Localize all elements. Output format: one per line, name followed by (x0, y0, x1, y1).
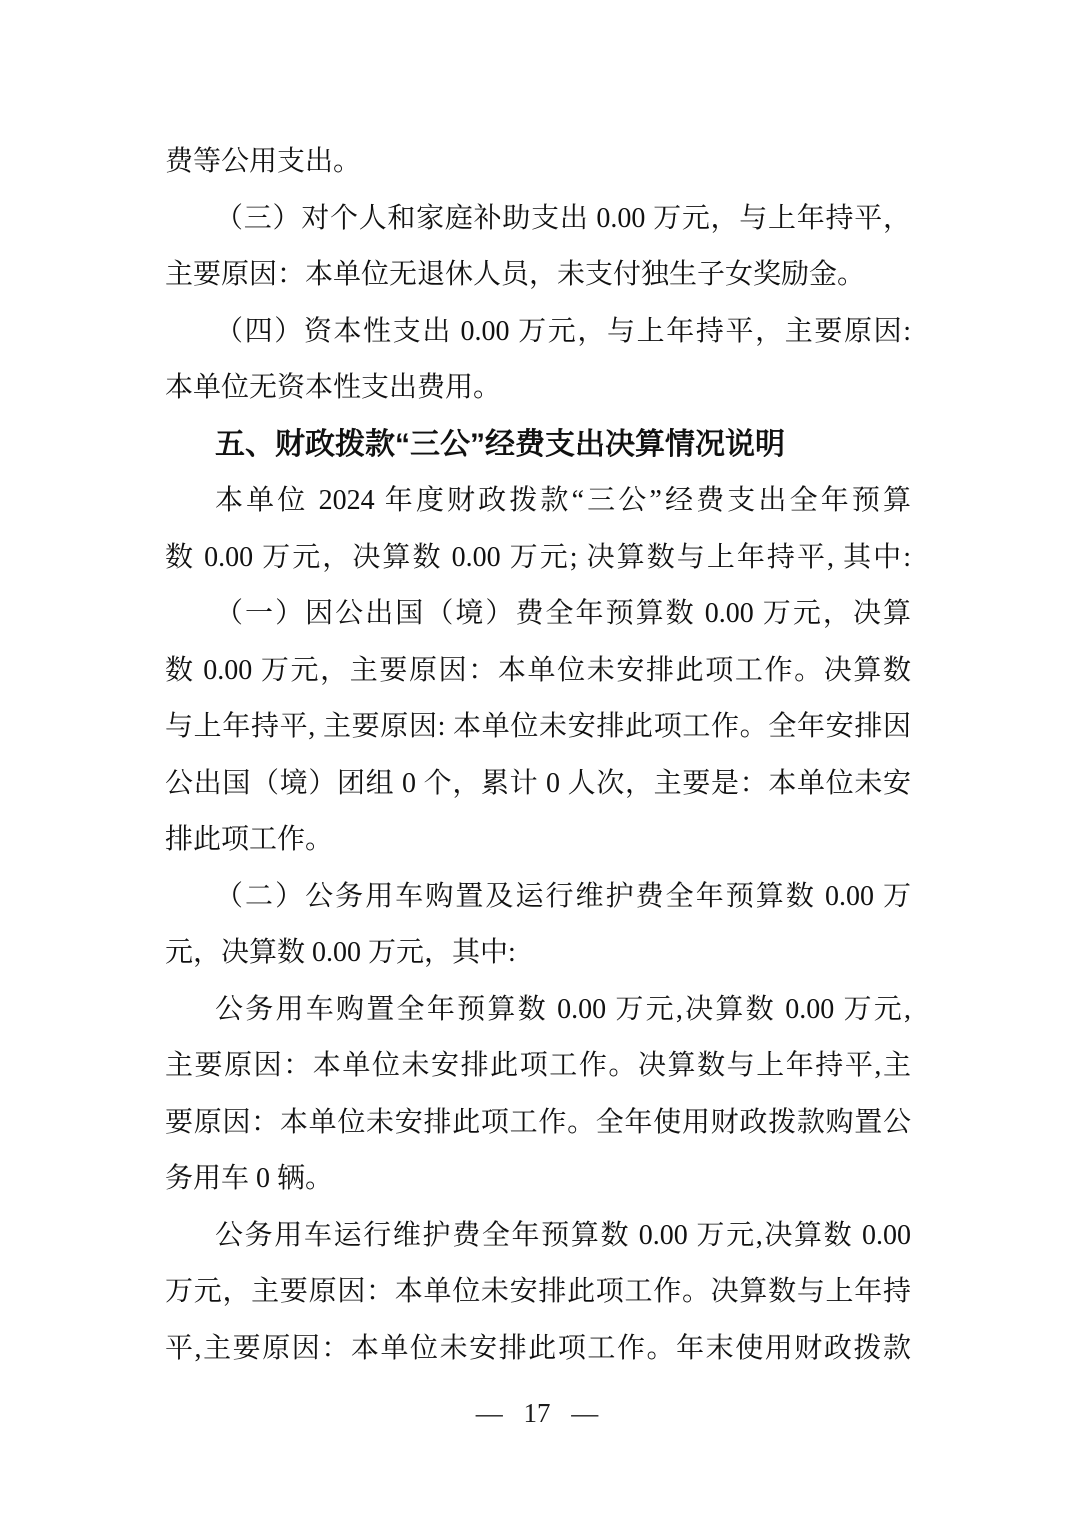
text-line: 主要原因：本单位无退休人员，未支付独生子女奖励金。 (165, 247, 911, 304)
text-line: 本单位无资本性支出费用。 (165, 360, 911, 417)
text-line: 数 0.00 万元，主要原因：本单位未安排此项工作。决算数 (165, 643, 911, 700)
text-line: 务用车 0 辆。 (165, 1151, 911, 1208)
text-line: 公出国（境）团组 0 个，累计 0 人次，主要是：本单位未安 (165, 756, 911, 813)
text-line: 与上年持平, 主要原因: 本单位未安排此项工作。全年安排因 (165, 699, 911, 756)
text-line: （四）资本性支出 0.00 万元，与上年持平，主要原因: (165, 304, 911, 361)
text-line: 公务用车购置全年预算数 0.00 万元,决算数 0.00 万元, (165, 982, 911, 1039)
document-text-block: 费等公用支出。 （三）对个人和家庭补助支出 0.00 万元，与上年持平， 主要原… (165, 134, 911, 1377)
text-line: 平,主要原因：本单位未安排此项工作。年末使用财政拨款 (165, 1321, 911, 1378)
text-line: 费等公用支出。 (165, 134, 911, 191)
text-line: 本单位 2024 年度财政拨款“三公”经费支出全年预算 (165, 473, 911, 530)
text-line: 要原因：本单位未安排此项工作。全年使用财政拨款购置公 (165, 1095, 911, 1152)
text-line: 元，决算数 0.00 万元，其中: (165, 925, 911, 982)
text-line: （二）公务用车购置及运行维护费全年预算数 0.00 万 (165, 869, 911, 926)
page-number: — 17 — (0, 1398, 1074, 1429)
text-line: （三）对个人和家庭补助支出 0.00 万元，与上年持平， (165, 191, 911, 248)
text-line: 数 0.00 万元，决算数 0.00 万元; 决算数与上年持平, 其中: (165, 530, 911, 587)
section-heading: 五、财政拨款“三公”经费支出决算情况说明 (165, 417, 911, 474)
text-line: （一）因公出国（境）费全年预算数 0.00 万元，决算 (165, 586, 911, 643)
text-line: 排此项工作。 (165, 812, 911, 869)
text-line: 公务用车运行维护费全年预算数 0.00 万元,决算数 0.00 (165, 1208, 911, 1265)
text-line: 万元，主要原因：本单位未安排此项工作。决算数与上年持 (165, 1264, 911, 1321)
text-line: 主要原因：本单位未安排此项工作。决算数与上年持平,主 (165, 1038, 911, 1095)
document-page: 费等公用支出。 （三）对个人和家庭补助支出 0.00 万元，与上年持平， 主要原… (0, 0, 1074, 1520)
